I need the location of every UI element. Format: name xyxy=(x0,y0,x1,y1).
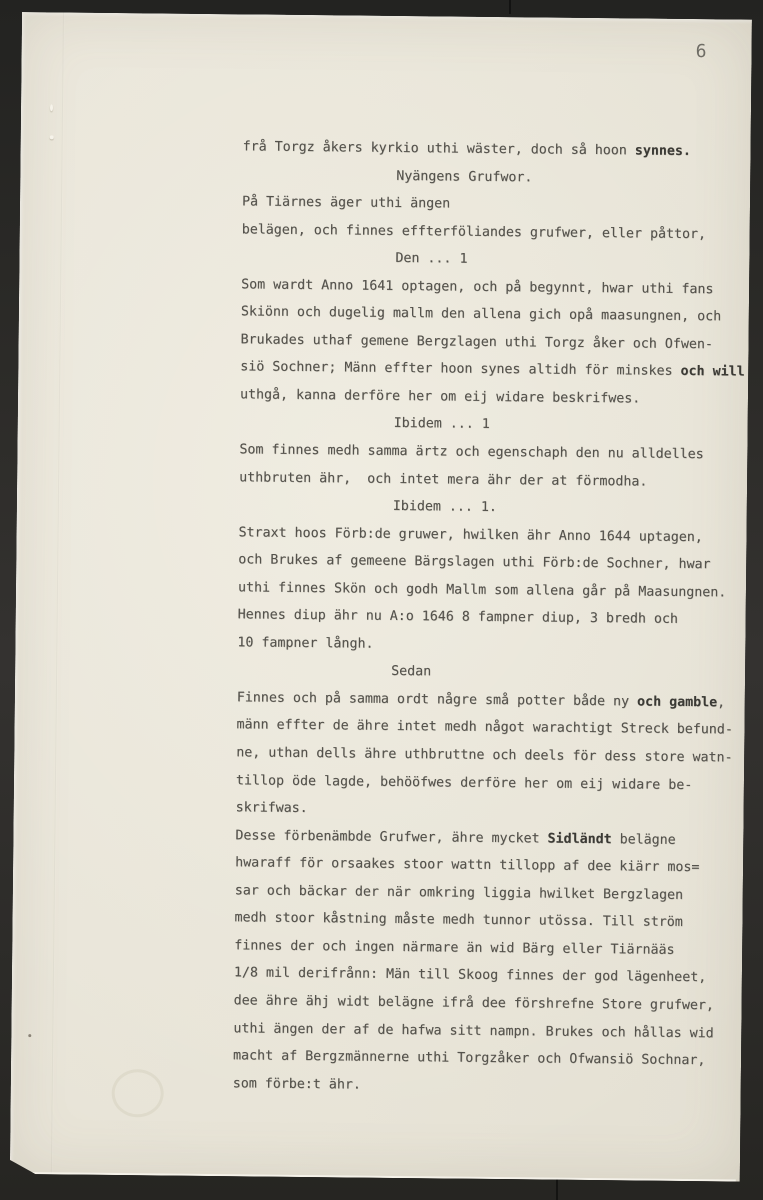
paper-crease xyxy=(51,12,64,1174)
text-line: frå Torgz åkers kyrkio uthi wäster, doch… xyxy=(242,133,754,166)
paper-edge-highlight xyxy=(20,1172,736,1181)
text-line: som förbe:t ähr. xyxy=(233,1070,745,1103)
text-line: 10 fampner långh. xyxy=(237,629,749,662)
document-page: 6 frå Torgz åkers kyrkio uthi wäster, do… xyxy=(10,12,752,1182)
text-block: frå Torgz åkers kyrkio uthi wäster, doch… xyxy=(233,133,755,1102)
background-seam-bottom xyxy=(556,1178,558,1200)
paper-speck xyxy=(50,104,53,111)
text-line: belägen, och finnes effterföliandes gruf… xyxy=(242,216,754,249)
page-number: 6 xyxy=(696,41,708,62)
background-seam-top xyxy=(509,0,511,14)
scan-background: 6 frå Torgz åkers kyrkio uthi wäster, do… xyxy=(0,0,763,1200)
stamp-ghost xyxy=(111,1069,163,1118)
paper-speck xyxy=(28,1034,31,1037)
text-line: uthbruten ähr, och intet mera ähr der at… xyxy=(239,464,751,497)
text-line: tillop öde lagde, behööfwes derföre her … xyxy=(236,767,748,800)
paper-speck xyxy=(50,135,54,139)
